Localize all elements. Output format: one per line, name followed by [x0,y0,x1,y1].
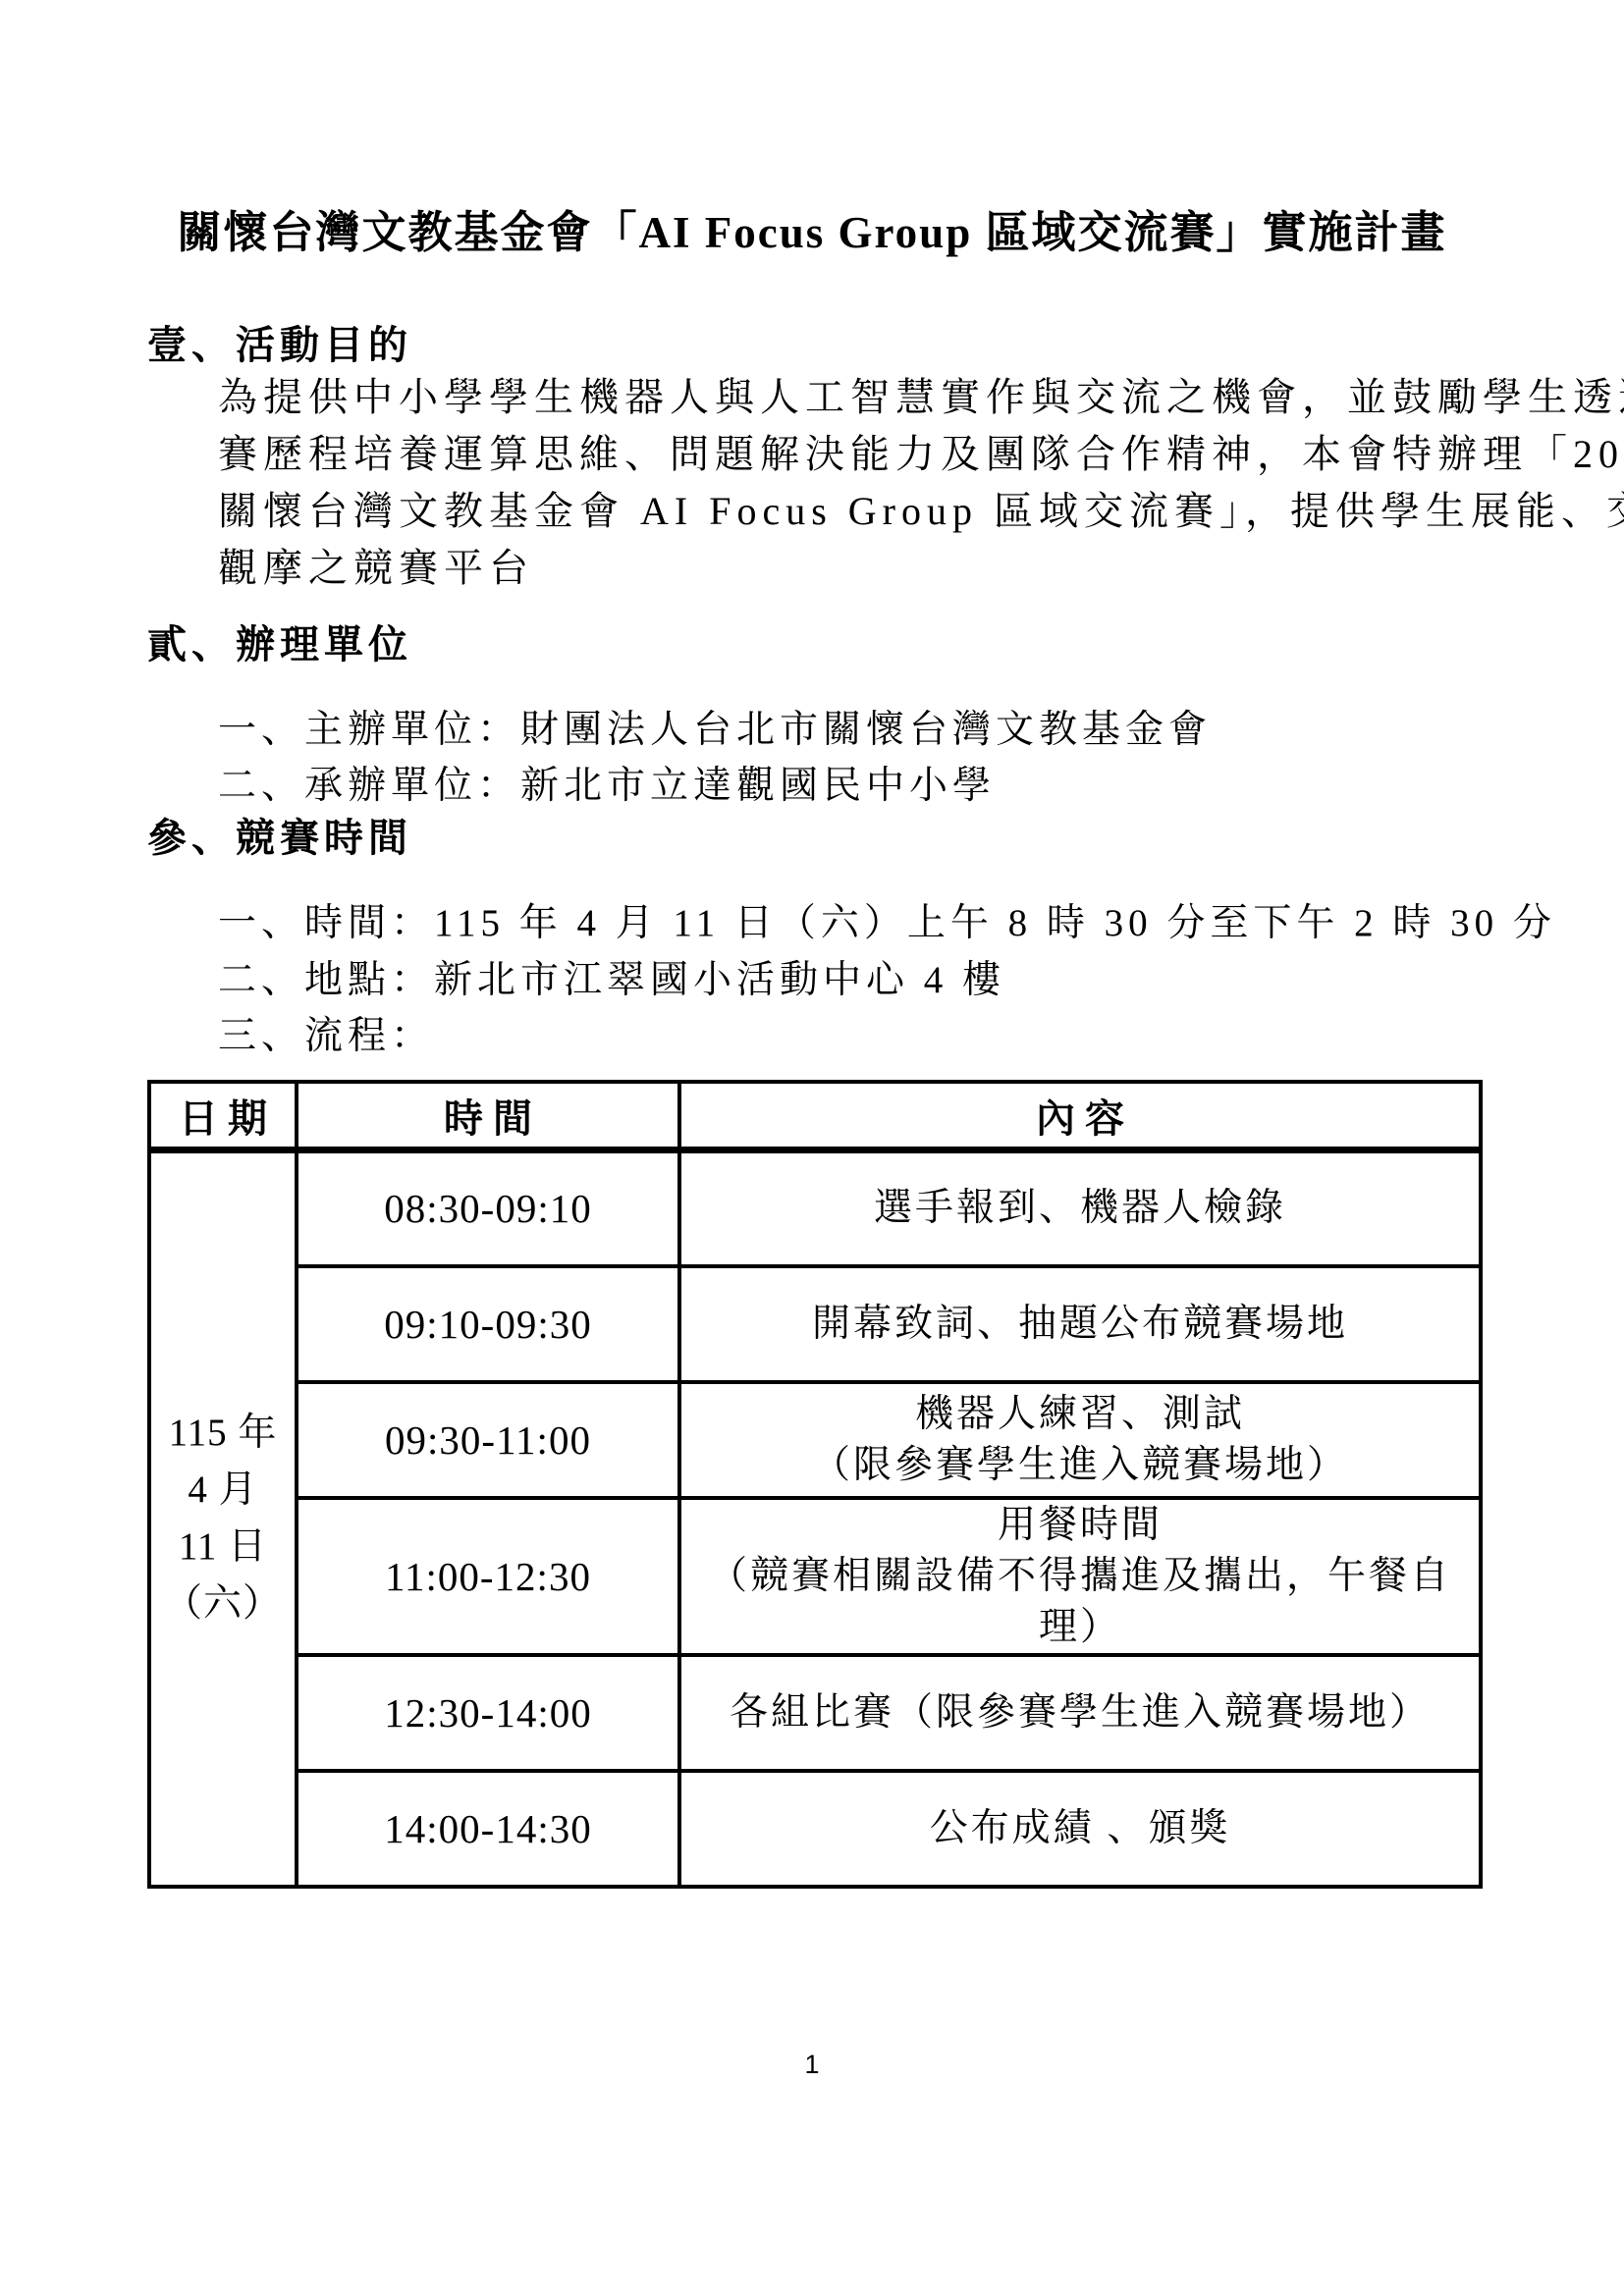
content-line: 用餐時間 [681,1500,1479,1551]
list-item-location: 二、地點：新北市江翠國小活動中心 4 樓 [218,949,1005,1004]
paragraph-line: 觀摩之競賽平台 [218,540,1487,597]
date-line: （六） [151,1575,295,1632]
content-line: 選手報到、機器人檢錄 [681,1183,1479,1234]
content-cell: 機器人練習、測試 （限參賽學生進入競賽場地） [679,1382,1481,1498]
content-cell: 用餐時間 （競賽相關設備不得攜進及攜出，午餐自理） [679,1498,1481,1655]
content-cell: 選手報到、機器人檢錄 [679,1150,1481,1266]
list-item-time: 一、時間：115 年 4 月 11 日（六）上午 8 時 30 分至下午 2 時… [218,892,1556,947]
time-cell: 09:10-09:30 [297,1266,679,1382]
content-line: （競賽相關設備不得攜進及攜出，午餐自理） [681,1551,1479,1653]
content-line: 公布成績 、頒獎 [681,1803,1479,1854]
paragraph-line: 賽歷程培養運算思維、問題解決能力及團隊合作精神，本會特辦理「2026 [218,426,1487,483]
time-cell: 14:00-14:30 [297,1771,679,1887]
table-row: 12:30-14:00 各組比賽（限參賽學生進入競賽場地） [149,1655,1481,1771]
paragraph-line: 關懷台灣文教基金會 AI Focus Group 區域交流賽」，提供學生展能、交… [218,483,1487,540]
content-line: 各組比賽（限參賽學生進入競賽場地） [681,1687,1479,1738]
list-item-flow: 三、流程： [218,1005,434,1060]
content-line: （限參賽學生進入競賽場地） [681,1440,1479,1491]
content-cell: 公布成績 、頒獎 [679,1771,1481,1887]
section-heading-organizers: 貳、辦理單位 [147,614,412,669]
table-row: 14:00-14:30 公布成績 、頒獎 [149,1771,1481,1887]
document-title: 關懷台灣文教基金會「AI Focus Group 區域交流賽」實施計畫 [0,196,1624,260]
content-line: 開幕致詞、抽題公布競賽場地 [681,1299,1479,1350]
table-row: 09:10-09:30 開幕致詞、抽題公布競賽場地 [149,1266,1481,1382]
header-cell-date: 日 期 [149,1082,297,1150]
date-line: 115 年 [151,1405,295,1462]
table-header-row: 日 期 時 間 內 容 [149,1082,1481,1150]
date-line: 4 月 [151,1462,295,1519]
time-cell: 09:30-11:00 [297,1382,679,1498]
section-heading-purpose: 壹、活動目的 [147,314,412,370]
date-cell: 115 年 4 月 11 日 （六） [149,1150,297,1887]
document-page: 關懷台灣文教基金會「AI Focus Group 區域交流賽」實施計畫 壹、活動… [0,0,1624,2296]
section-heading-schedule: 參、競賽時間 [147,807,412,863]
schedule-table: 日 期 時 間 內 容 115 年 4 月 11 日 （六） 08:30-09:… [147,1080,1483,1889]
header-cell-time: 時 間 [297,1082,679,1150]
time-cell: 11:00-12:30 [297,1498,679,1655]
list-item-host: 一、主辦單位：財團法人台北市關懷台灣文教基金會 [218,699,1212,754]
purpose-paragraph: 為提供中小學學生機器人與人工智慧實作與交流之機會，並鼓勵學生透過競 賽歷程培養運… [218,369,1487,597]
table-row: 11:00-12:30 用餐時間 （競賽相關設備不得攜進及攜出，午餐自理） [149,1498,1481,1655]
table-row: 115 年 4 月 11 日 （六） 08:30-09:10 選手報到、機器人檢… [149,1150,1481,1266]
time-cell: 12:30-14:00 [297,1655,679,1771]
time-cell: 08:30-09:10 [297,1150,679,1266]
content-cell: 各組比賽（限參賽學生進入競賽場地） [679,1655,1481,1771]
paragraph-line: 為提供中小學學生機器人與人工智慧實作與交流之機會，並鼓勵學生透過競 [218,369,1487,426]
table-row: 09:30-11:00 機器人練習、測試 （限參賽學生進入競賽場地） [149,1382,1481,1498]
header-cell-content: 內 容 [679,1082,1481,1150]
date-line: 11 日 [151,1519,295,1575]
content-line: 機器人練習、測試 [681,1389,1479,1440]
list-item-undertaker: 二、承辦單位：新北市立達觀國民中小學 [218,755,996,810]
content-cell: 開幕致詞、抽題公布競賽場地 [679,1266,1481,1382]
page-number: 1 [0,2050,1624,2080]
